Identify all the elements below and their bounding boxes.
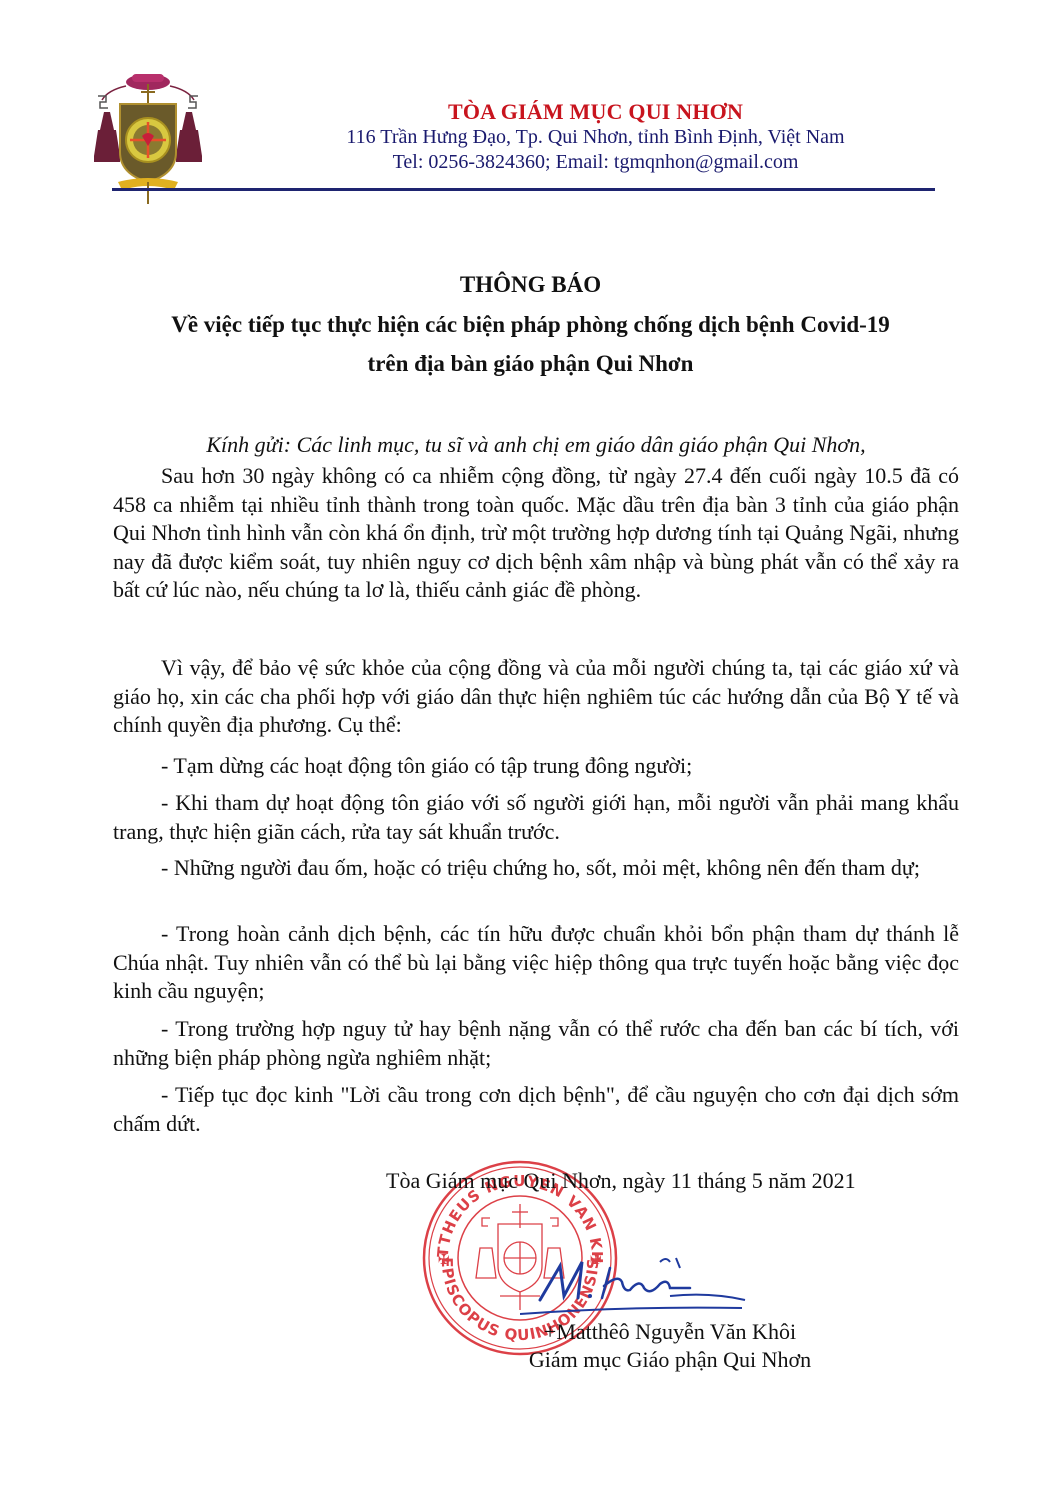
list-item: - Tiếp tục đọc kinh "Lời cầu trong cơn d… (113, 1081, 959, 1138)
document-title: THÔNG BÁO (0, 272, 1061, 298)
list-item-text: - Tạm dừng các hoạt động tôn giáo có tập… (113, 752, 959, 781)
list-item-text: - Những người đau ốm, hoặc có triệu chứn… (113, 854, 959, 883)
signer-block: +Matthêô Nguyễn Văn Khôi Giám mục Giáo p… (460, 1318, 880, 1374)
list-item-text: - Tiếp tục đọc kinh "Lời cầu trong cơn d… (113, 1081, 959, 1138)
body-paragraph: Sau hơn 30 ngày không có ca nhiễm cộng đ… (113, 462, 959, 605)
list-item: - Những người đau ốm, hoặc có triệu chứn… (113, 854, 959, 883)
svg-text:✠: ✠ (438, 1252, 450, 1268)
document-subtitle-line1: Về việc tiếp tục thực hiện các biện pháp… (0, 312, 1061, 338)
document-subtitle-line2: trên địa bàn giáo phận Qui Nhơn (0, 351, 1061, 377)
paragraph-text: Vì vậy, để bảo vệ sức khỏe của cộng đồng… (113, 654, 959, 740)
organization-name: TÒA GIÁM MỤC QUI NHƠN (0, 99, 1061, 125)
list-item-text: - Trong trường hợp nguy tử hay bệnh nặng… (113, 1015, 959, 1072)
letterhead-divider (112, 188, 935, 191)
organization-address: 116 Trần Hưng Đạo, Tp. Qui Nhơn, tỉnh Bì… (0, 126, 1061, 149)
salutation: Kính gửi: Các linh mục, tu sĩ và anh chị… (113, 432, 959, 458)
list-item: - Tạm dừng các hoạt động tôn giáo có tập… (113, 752, 959, 781)
signer-name: +Matthêô Nguyễn Văn Khôi (460, 1318, 880, 1346)
signer-title: Giám mục Giáo phận Qui Nhơn (460, 1346, 880, 1374)
list-item: - Trong hoàn cảnh dịch bệnh, các tín hữu… (113, 920, 959, 1006)
list-item-text: - Trong hoàn cảnh dịch bệnh, các tín hữu… (113, 920, 959, 1006)
organization-contact: Tel: 0256-3824360; Email: tgmqnhon@gmail… (0, 151, 1061, 174)
list-item: - Khi tham dự hoạt động tôn giáo với số … (113, 789, 959, 846)
signature-icon (520, 1248, 750, 1318)
dateline: Tòa Giám mục Qui Nhơn, ngày 11 tháng 5 n… (386, 1168, 856, 1194)
list-item: - Trong trường hợp nguy tử hay bệnh nặng… (113, 1015, 959, 1072)
paragraph-text: Sau hơn 30 ngày không có ca nhiễm cộng đ… (113, 462, 959, 605)
body-paragraph: Vì vậy, để bảo vệ sức khỏe của cộng đồng… (113, 654, 959, 740)
list-item-text: - Khi tham dự hoạt động tôn giáo với số … (113, 789, 959, 846)
